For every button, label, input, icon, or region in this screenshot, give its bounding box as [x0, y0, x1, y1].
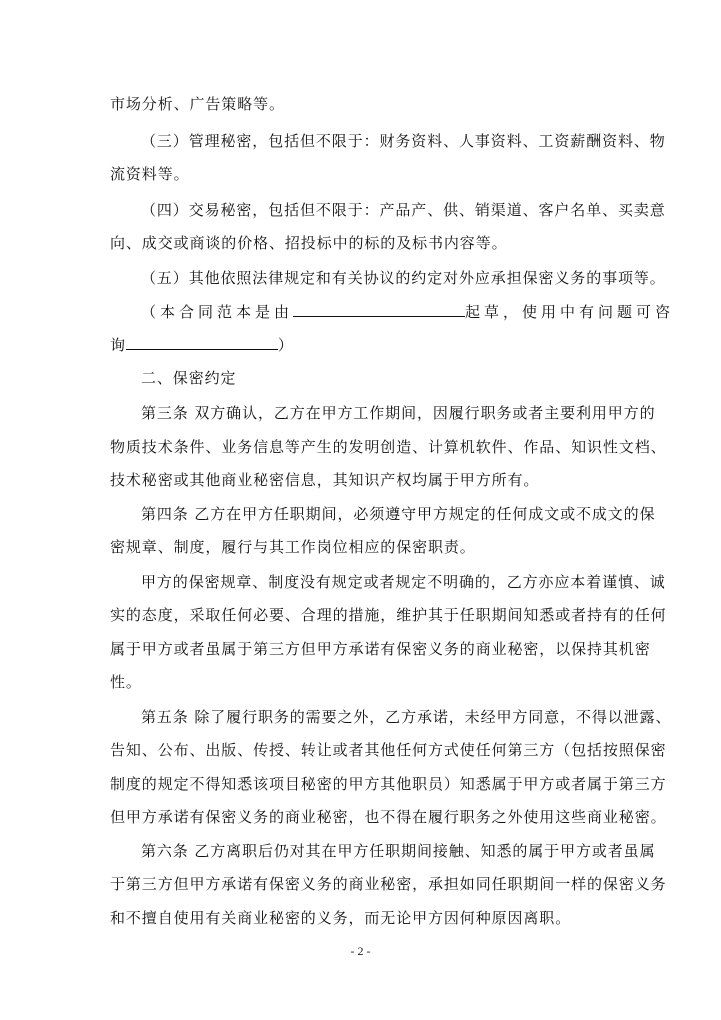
paragraph-line: 于第三方但甲方承诺有保密义务的商业秘密，承担如同任职期间一样的保密义务: [110, 874, 612, 894]
paragraph-line: 市场分析、广告策略等。: [110, 94, 612, 114]
paragraph-drafter-note: （本合同范本是由起草，使用中有问题可咨: [110, 301, 612, 322]
paragraph-line: 实的态度，采取任何必要、合理的措施，维护其于任职期间知悉或者持有的任何: [110, 605, 612, 625]
document-page: 市场分析、广告策略等。 （三）管理秘密，包括但不限于：财务资料、人事资料、工资薪…: [0, 0, 721, 1020]
paragraph-line: 向、成交或商谈的价格、招投标中的标的及标书内容等。: [110, 233, 612, 253]
paragraph-line: 制度的规定不得知悉该项目秘密的甲方其他职员）知悉属于甲方或者属于第三方: [110, 774, 612, 794]
paragraph-line: 属于甲方或者虽属于第三方但甲方承诺有保密义务的商业秘密，以保持其机密: [110, 639, 612, 659]
page-number: - 2 -: [0, 944, 721, 959]
paragraph-line: 技术秘密或其他商业秘密信息，其知识产权均属于甲方所有。: [110, 470, 612, 490]
article-5: 第五条 除了履行职务的需要之外，乙方承诺，未经甲方同意，不得以泄露、: [110, 707, 612, 727]
paragraph-other-secrets: （五）其他依照法律规定和有关协议的约定对外应承担保密义务的事项等。: [110, 268, 612, 288]
consult-blank-field[interactable]: [126, 334, 278, 350]
section-heading-confidentiality: 二、保密约定: [110, 368, 612, 388]
drafter-suffix: 起草，使用中有问题可咨: [465, 303, 674, 321]
paragraph-line: 性。: [110, 672, 612, 692]
consult-prefix: 询: [110, 336, 126, 354]
paragraph-trade-secrets: （四）交易秘密，包括但不限于：产品产、供、销渠道、客户名单、买卖意: [110, 200, 612, 220]
paragraph-line: 询）: [110, 334, 612, 355]
paragraph-line: 流资料等。: [110, 164, 612, 184]
paragraph-line: 物质技术条件、业务信息等产生的发明创造、计算机软件、作品、知识性文档、: [110, 437, 612, 457]
paragraph-management-secrets: （三）管理秘密，包括但不限于：财务资料、人事资料、工资薪酬资料、物: [110, 131, 612, 151]
paragraph-line: 和不擅自使用有关商业秘密的义务，而无论甲方因何种原因离职。: [110, 908, 612, 928]
article-4: 第四条 乙方在甲方任职期间，必须遵守甲方规定的任何成文或不成文的保: [110, 504, 612, 524]
drafter-prefix: （本合同范本是由: [141, 303, 293, 321]
article-3: 第三条 双方确认，乙方在甲方工作期间，因履行职务或者主要利用甲方的: [110, 403, 612, 423]
paragraph-party-a-rules: 甲方的保密规章、制度没有规定或者规定不明确的，乙方亦应本着谨慎、诚: [110, 572, 612, 592]
drafter-blank-field[interactable]: [293, 301, 465, 317]
paragraph-line: 但甲方承诺有保密义务的商业秘密，也不得在履行职务之外使用这些商业秘密。: [110, 807, 612, 827]
paragraph-line: 密规章、制度，履行与其工作岗位相应的保密职责。: [110, 537, 612, 557]
paragraph-line: 告知、公布、出版、传授、转让或者其他任何方式使任何第三方（包括按照保密: [110, 740, 612, 760]
consult-suffix: ）: [278, 336, 294, 354]
article-6: 第六条 乙方离职后仍对其在甲方任职期间接触、知悉的属于甲方或者虽属: [110, 841, 612, 861]
